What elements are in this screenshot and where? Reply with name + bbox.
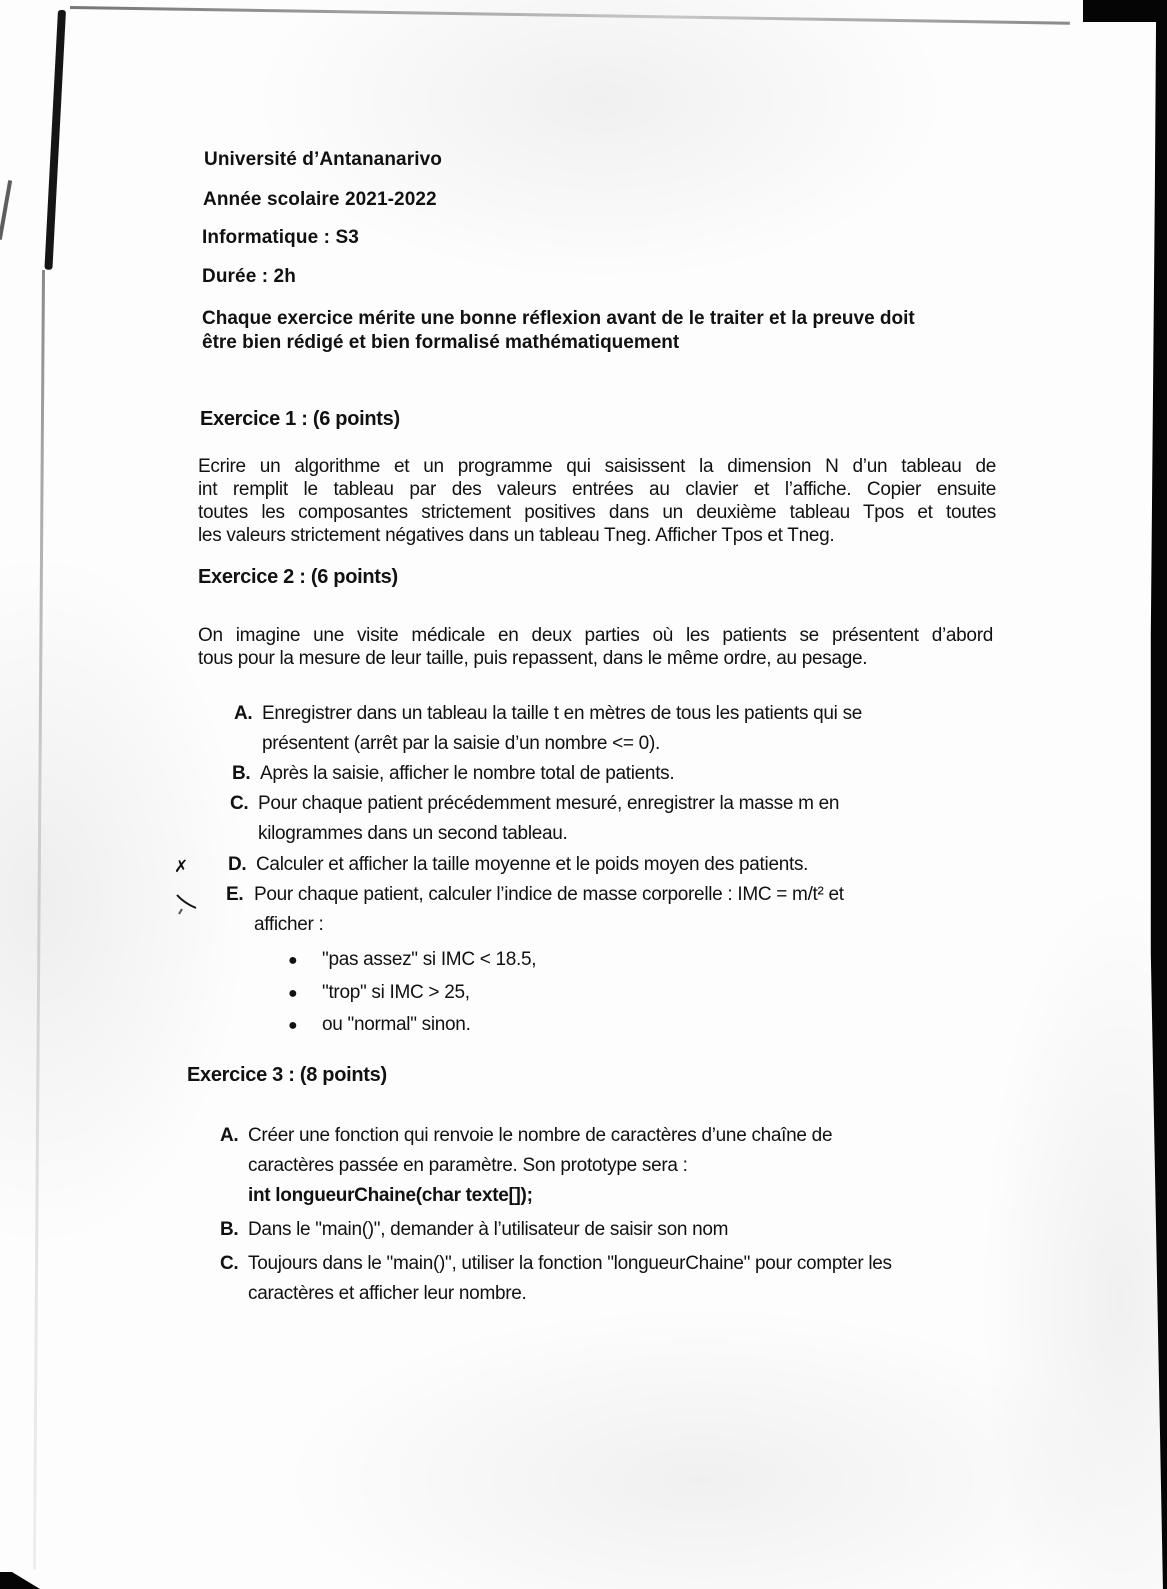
exercise-2-item-c: C.Pour chaque patient précédemment mesur…	[230, 789, 995, 849]
item-label: B.	[220, 1215, 248, 1245]
bullet-text: "trop" si IMC > 25,	[322, 982, 470, 1003]
school-year: Année scolaire 2021-2022	[203, 189, 437, 211]
exercise-3-item-b: B.Dans le "main()", demander à l’utilisa…	[220, 1215, 980, 1245]
item-label: C.	[230, 789, 258, 819]
item-text: Créer une fonction qui renvoie le nombre…	[248, 1125, 832, 1146]
statement-line: tous pour la mesure de leur taille, puis…	[198, 647, 993, 670]
bmi-rule-normal: ●ou "normal" sinon.	[288, 1014, 471, 1036]
item-text: Toujours dans le "main()", utiliser la f…	[248, 1253, 892, 1274]
university-name: Université d’Antananarivo	[204, 149, 442, 171]
exercise-2-item-e: E.Pour chaque patient, calculer l’indice…	[226, 880, 994, 940]
handwritten-cross-mark: ✗	[174, 857, 188, 877]
item-label: A.	[220, 1121, 248, 1151]
item-text-continued: afficher :	[226, 910, 994, 940]
function-prototype: int longueurChaine(char texte[]);	[220, 1181, 980, 1211]
item-label: B.	[232, 759, 260, 789]
item-text-continued: présentent (arrêt par la saisie d’un nom…	[234, 729, 994, 759]
item-text: Après la saisie, afficher le nombre tota…	[260, 763, 674, 784]
exercise-3-item-c: C.Toujours dans le "main()", utiliser la…	[220, 1249, 1005, 1309]
statement-line: On imagine une visite médicale en deux p…	[198, 624, 993, 647]
bullet-icon: ●	[288, 952, 322, 970]
bmi-rule-high: ●"trop" si IMC > 25,	[288, 982, 470, 1004]
bullet-text: ou "normal" sinon.	[322, 1014, 471, 1035]
item-text: Calculer et afficher la taille moyenne e…	[256, 854, 808, 875]
item-label: C.	[220, 1249, 248, 1279]
bullet-icon: ●	[288, 985, 322, 1003]
bullet-text: "pas assez" si IMC < 18.5,	[322, 949, 536, 970]
exercise-2-item-b: B.Après la saisie, afficher le nombre to…	[232, 759, 992, 789]
statement-line: Ecrire un algorithme et un programme qui…	[198, 455, 996, 478]
exercise-3-title: Exercice 3 : (8 points)	[187, 1064, 387, 1087]
exercise-2-title: Exercice 2 : (6 points)	[198, 566, 398, 589]
item-label: D.	[228, 850, 256, 880]
item-text: Pour chaque patient précédemment mesuré,…	[258, 793, 839, 814]
handwritten-check-mark	[176, 893, 200, 915]
item-text: Dans le "main()", demander à l’utilisate…	[248, 1219, 728, 1240]
item-text-continued: caractères et afficher leur nombre.	[220, 1279, 1005, 1309]
exercise-2-item-d: D.Calculer et afficher la taille moyenne…	[228, 850, 993, 880]
bullet-icon: ●	[288, 1017, 322, 1035]
exercise-1-title: Exercice 1 : (6 points)	[200, 408, 400, 431]
exam-duration: Durée : 2h	[202, 266, 296, 288]
course-name: Informatique : S3	[202, 227, 359, 249]
instructions-line: Chaque exercice mérite une bonne réflexi…	[202, 307, 1002, 331]
statement-line: toutes les composantes strictement posit…	[198, 501, 996, 524]
statement-line: int remplit le tableau par des valeurs e…	[198, 478, 996, 501]
statement-line: les valeurs strictement négatives dans u…	[198, 524, 996, 547]
bmi-rule-low: ●"pas assez" si IMC < 18.5,	[288, 949, 536, 971]
item-text-continued: caractères passée en paramètre. Son prot…	[220, 1151, 980, 1181]
scan-background-corner	[1083, 0, 1167, 22]
item-label: A.	[234, 699, 262, 729]
instructions-line: être bien rédigé et bien formalisé mathé…	[202, 331, 1002, 355]
exercise-3-item-a: A.Créer une fonction qui renvoie le nomb…	[220, 1121, 980, 1211]
item-text: Pour chaque patient, calculer l’indice d…	[254, 884, 844, 905]
item-text-continued: kilogrammes dans un second tableau.	[230, 819, 995, 849]
exercise-2-intro: On imagine une visite médicale en deux p…	[198, 624, 993, 670]
item-label: E.	[226, 880, 254, 910]
item-text: Enregistrer dans un tableau la taille t …	[262, 703, 862, 724]
exercise-1-statement: Ecrire un algorithme et un programme qui…	[198, 455, 996, 547]
exercise-2-item-a: A.Enregistrer dans un tableau la taille …	[234, 699, 994, 759]
general-instructions: Chaque exercice mérite une bonne réflexi…	[202, 307, 1002, 355]
